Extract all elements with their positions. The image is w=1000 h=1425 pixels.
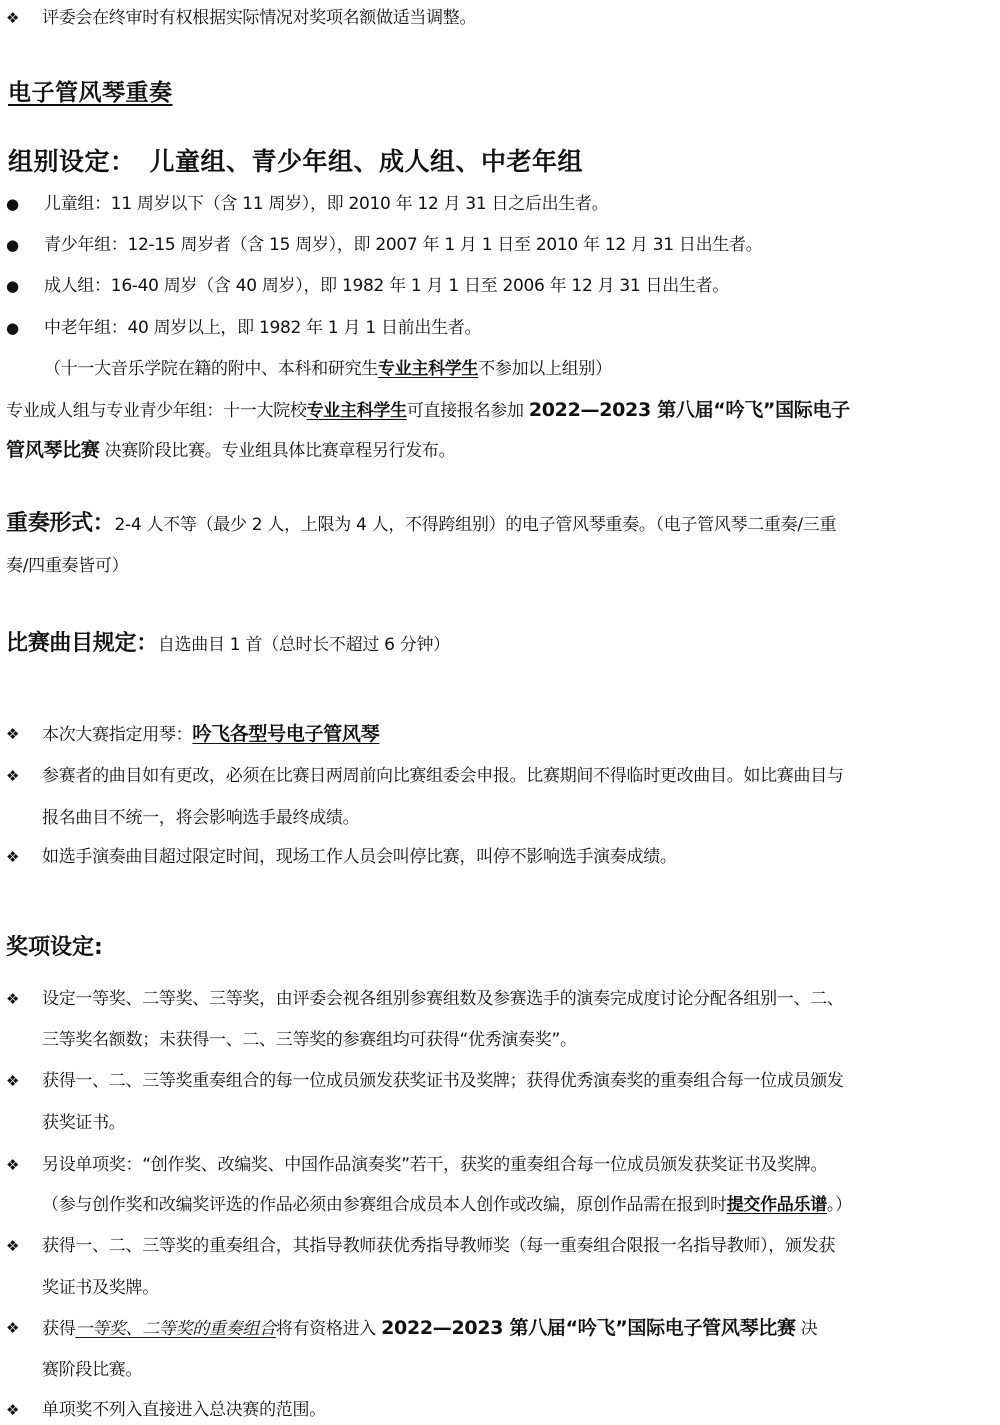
groups-note-emphasis: 专业主科学生 <box>378 359 478 379</box>
groups-heading-label: 组别设定： <box>8 147 136 176</box>
rule-text-cont: 报名曲目不统一，将会影响选手最终成绩。 <box>42 806 359 830</box>
repertoire-text: 自选曲目 1 首（总时长不超过 6 分钟） <box>158 635 450 655</box>
dot-bullet-icon: ● <box>6 316 19 340</box>
dot-bullet-icon: ● <box>6 274 19 298</box>
four-diamond-bullet-icon: ❖ <box>6 845 19 869</box>
award-text: 设定一等奖、二等奖、三等奖，由评委会视各组别参赛组数及参赛选手的演奏完成度讨论分… <box>42 987 844 1011</box>
award-text-cont: 获奖证书。 <box>42 1111 126 1135</box>
four-diamond-bullet-icon: ❖ <box>6 6 19 30</box>
award-emphasis: 一等奖、二等奖的重奏组合 <box>75 1319 275 1339</box>
award-pre: 获得 <box>42 1319 75 1339</box>
ensemble-form-cont: 奏/四重奏皆可） <box>6 554 128 578</box>
repertoire-rule: 比赛曲目规定：自选曲目 1 首（总时长不超过 6 分钟） <box>6 632 450 657</box>
group-item-text: 青少年组：12-15 周岁者（含 15 周岁），即 2007 年 1 月 1 日… <box>44 233 762 257</box>
group-item-text: 中老年组：40 周岁以上，即 1982 年 1 月 1 日前出生者。 <box>44 316 481 340</box>
dot-bullet-icon: ● <box>6 192 19 216</box>
pro-emphasis: 专业主科学生 <box>307 401 407 421</box>
award-text: 获得一、二、三等奖的重奏组合，其指导教师获优秀指导教师奖（每一重奏组合限报一名指… <box>42 1234 835 1258</box>
dot-bullet-icon: ● <box>6 233 19 257</box>
repertoire-label: 比赛曲目规定： <box>6 631 158 656</box>
award-note-pre: （参与创作奖和改编奖评选的作品必须由参赛组合成员本人创作或改编，原创作品需在报到… <box>42 1195 727 1215</box>
group-item-text: 成人组：16-40 周岁（含 40 周岁），即 1982 年 1 月 1 日至 … <box>44 274 729 298</box>
rule-instrument-value: 吟飞各型号电子管风琴 <box>192 723 379 745</box>
four-diamond-bullet-icon: ❖ <box>6 1234 19 1258</box>
award-text-cont: 赛阶段比赛。 <box>42 1358 142 1382</box>
award-text-cont: 奖证书及奖牌。 <box>42 1276 159 1300</box>
rule-text: 如选手演奏曲目超过限定时间，现场工作人员会叫停比赛，叫停不影响选手演奏成绩。 <box>42 845 677 869</box>
rule-instrument-label: 本次大赛指定用琴： <box>42 725 192 745</box>
professional-groups-line2: 管风琴比赛 决赛阶段比赛。专业组具体比赛章程另行发布。 <box>6 438 455 463</box>
award-mid: 将有资格进入 <box>276 1319 381 1339</box>
groups-heading: 组别设定：儿童组、青少年组、成人组、中老年组 <box>8 142 583 178</box>
professional-groups-line1: 专业成人组与专业青少年组：十一大院校专业主科学生可直接报名参加 2022—202… <box>6 398 850 423</box>
pro-mid: 可直接报名参加 <box>407 401 529 421</box>
pro-pre: 专业成人组与专业青少年组：十一大院校 <box>6 401 307 421</box>
award-text-cont: 三等奖名额数；未获得一、二、三等奖的参赛组均可获得“优秀演奏奖”。 <box>42 1028 577 1052</box>
award-text: 获得一、二、三等奖重奏组合的每一位成员颁发获奖证书及奖牌；获得优秀演奏奖的重奏组… <box>42 1069 844 1093</box>
ensemble-form-label: 重奏形式： <box>6 511 115 536</box>
pro-competition-name-cont: 管风琴比赛 <box>6 439 100 461</box>
pro-competition-name: 2022—2023 第八届“吟飞”国际电子 <box>529 399 850 421</box>
four-diamond-bullet-icon: ❖ <box>6 987 19 1011</box>
groups-note-post: 不参加以上组别） <box>478 359 612 379</box>
ensemble-form: 重奏形式：2-4 人不等（最少 2 人，上限为 4 人，不得跨组别）的电子管风琴… <box>6 512 836 537</box>
four-diamond-bullet-icon: ❖ <box>6 1153 19 1177</box>
rule-text: 参赛者的曲目如有更改，必须在比赛日两周前向比赛组委会申报。比赛期间不得临时更改曲… <box>42 764 844 788</box>
four-diamond-bullet-icon: ❖ <box>6 1069 19 1093</box>
section-title: 电子管风琴重奏 <box>8 74 173 107</box>
groups-note: （十一大音乐学院在籍的附中、本科和研究生专业主科学生不参加以上组别） <box>44 357 612 381</box>
group-item-text: 儿童组：11 周岁以下（含 11 周岁），即 2010 年 12 月 31 日之… <box>44 192 608 216</box>
award-note: （参与创作奖和改编奖评选的作品必须由参赛组合成员本人创作或改编，原创作品需在报到… <box>42 1193 852 1217</box>
pro-post: 决赛阶段比赛。专业组具体比赛章程另行发布。 <box>100 441 456 461</box>
award-text: 单项奖不列入直接进入总决赛的范围。 <box>42 1398 326 1422</box>
award-note-post: 。） <box>827 1195 852 1215</box>
intro-note-text: 评委会在终审时有权根据实际情况对奖项名额做适当调整。 <box>42 6 476 30</box>
four-diamond-bullet-icon: ❖ <box>6 764 19 788</box>
four-diamond-bullet-icon: ❖ <box>6 1398 19 1422</box>
four-diamond-bullet-icon: ❖ <box>6 722 19 746</box>
award-post: 决 <box>796 1319 818 1339</box>
award-note-emphasis: 提交作品乐谱 <box>727 1195 827 1215</box>
award-competition-name: 2022—2023 第八届“吟飞”国际电子管风琴比赛 <box>381 1317 796 1339</box>
ensemble-form-text: 2-4 人不等（最少 2 人，上限为 4 人，不得跨组别）的电子管风琴重奏。（电… <box>115 515 837 535</box>
groups-heading-value: 儿童组、青少年组、成人组、中老年组 <box>150 147 584 176</box>
award-text: 另设单项奖：“创作奖、改编奖、中国作品演奏奖”若干，获奖的重奏组合每一位成员颁发… <box>42 1153 827 1177</box>
awards-heading: 奖项设定: <box>6 930 103 961</box>
four-diamond-bullet-icon: ❖ <box>6 1316 19 1340</box>
groups-note-pre: （十一大音乐学院在籍的附中、本科和研究生 <box>44 359 378 379</box>
